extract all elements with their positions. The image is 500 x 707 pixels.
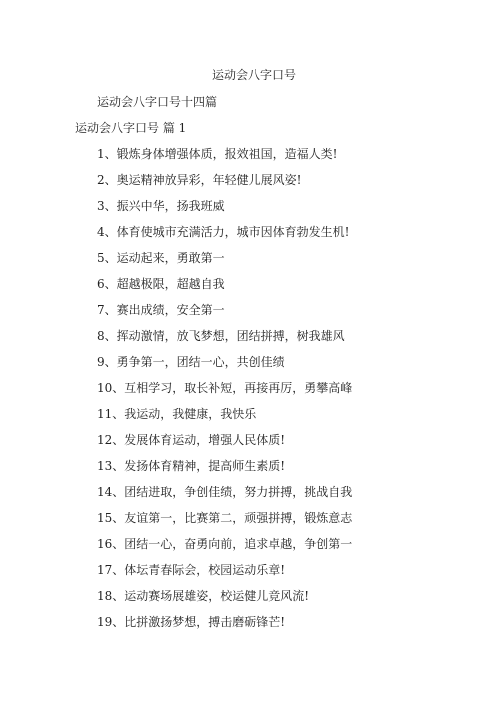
slogan-item: 14、团结进取，争创佳绩，努力拼搏，挑战自我 bbox=[97, 484, 352, 500]
slogan-item: 3、振兴中华，扬我班威 bbox=[97, 198, 225, 214]
slogan-item: 1、锻炼身体增强体质，报效祖国，造福人类! bbox=[97, 146, 337, 162]
document-title: 运动会八字口号 bbox=[0, 67, 500, 83]
section-heading: 运动会八字口号 篇 1 bbox=[75, 120, 186, 136]
slogan-item: 10、互相学习，取长补短，再接再厉，勇攀高峰 bbox=[97, 380, 352, 396]
slogan-item: 6、超越极限，超越自我 bbox=[97, 276, 225, 292]
slogan-item: 9、勇争第一，团结一心，共创佳绩 bbox=[97, 354, 285, 370]
slogan-item: 15、友谊第一，比赛第二，顽强拼搏，锻炼意志 bbox=[97, 510, 352, 526]
slogan-item: 16、团结一心，奋勇向前，追求卓越，争创第一 bbox=[97, 536, 352, 552]
slogan-item: 7、赛出成绩，安全第一 bbox=[97, 302, 225, 318]
slogan-item: 11、我运动，我健康，我快乐 bbox=[97, 406, 256, 422]
slogan-item: 17、体坛青春际会，校园运动乐章! bbox=[97, 562, 285, 578]
slogan-item: 8、挥动激情，放飞梦想，团结拼搏，树我雄风 bbox=[97, 328, 345, 344]
slogan-item: 5、运动起来，勇敢第一 bbox=[97, 250, 225, 266]
slogan-item: 13、发扬体育精神，提高师生素质! bbox=[97, 458, 285, 474]
document-subtitle: 运动会八字口号十四篇 bbox=[97, 94, 217, 110]
slogan-item: 18、运动赛场展雄姿，校运健儿竞风流! bbox=[97, 588, 309, 604]
slogan-item: 12、发展体育运动，增强人民体质! bbox=[97, 432, 285, 448]
slogan-item: 19、比拼激扬梦想，搏击磨砺锋芒! bbox=[97, 614, 285, 630]
slogan-item: 4、体育使城市充满活力，城市因体育勃发生机! bbox=[97, 224, 349, 240]
slogan-item: 2、奥运精神放异彩，年轻健儿展风姿! bbox=[97, 172, 301, 188]
